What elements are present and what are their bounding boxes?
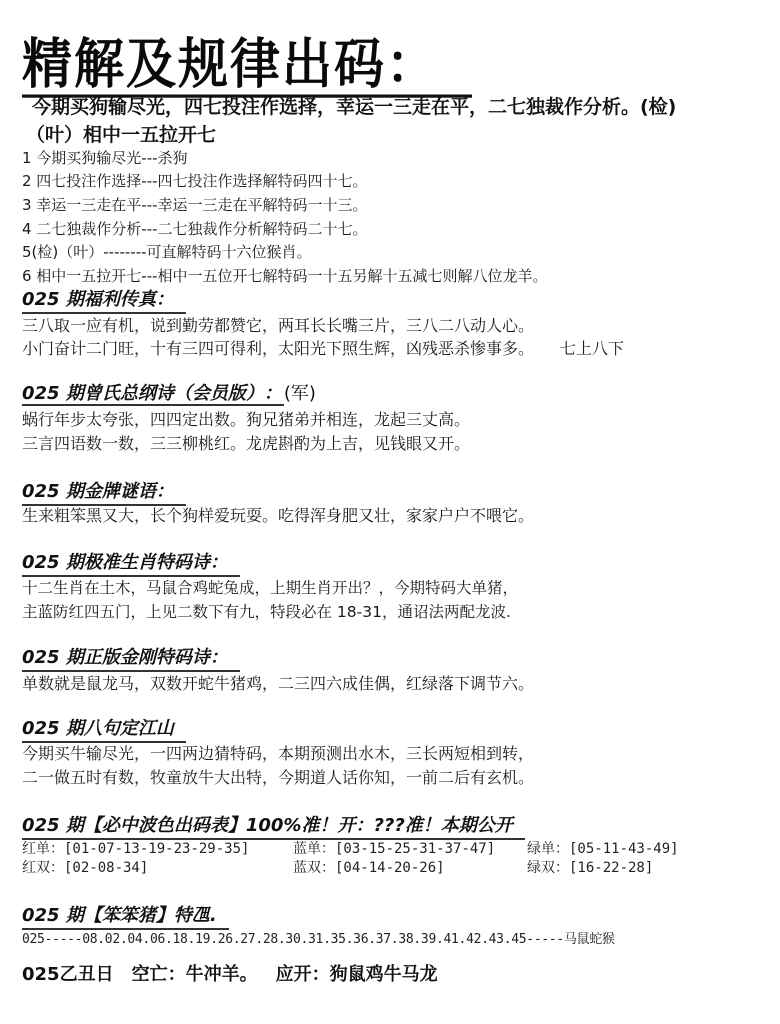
wave-value: [04-14-20-26] (335, 860, 445, 876)
fuli-line: 小门奋计二门旺，十有三四可得利，太阳光下照生辉，凶残恶杀惨事多。七上八下 (22, 338, 624, 360)
intro-line-2: （叶）相中一五拉开七 (26, 121, 676, 149)
explanation-item: 2 四七投注作选择---四七投注作选择解特码四十七。 (22, 171, 368, 191)
section-title-benzhu: 025 期【笨笨猪】特乪. (22, 904, 229, 930)
fuli-tail: 七上八下 (560, 339, 624, 358)
explanation-item: 6 相中一五拉开七---相中一五位开七解特码一十五另解十五减七则解八位龙羊。 (22, 266, 548, 286)
benzhu-number-line: 025-----08.02.04.06.18.19.26.27.28.30.31… (22, 930, 615, 950)
wave-color-cell-green-double: 绿双：[16-22-28] (527, 859, 653, 878)
explanation-item: 1 今期买狗输尽光---杀狗 (22, 148, 188, 168)
wave-color-cell-red-single: 红单：[01-07-13-19-23-29-35] (22, 840, 249, 859)
fuli-line: 三八取一应有机，说到勤劳都赞它，两耳长长嘴三片，三八二八动人心。 (22, 315, 534, 337)
wave-value: [03-15-25-31-37-47] (335, 841, 495, 857)
bajv-line: 二一做五时有数，牧童放牛大出特，今期道人话你知，一前二后有玄机。 (22, 767, 534, 789)
explanation-item: 3 幸运一三走在平---幸运一三走在平解特码一十三。 (22, 195, 368, 215)
wave-color-cell-blue-double: 蓝双：[04-14-20-26] (293, 859, 445, 878)
wave-value: [16-22-28] (569, 860, 653, 876)
jizhun-line: 十二生肖在土木，马鼠合鸡蛇兔成，上期生肖开出？，今期特码大单猪， (22, 577, 518, 599)
section-title-jizhun: 025 期极准生肖特码诗： (22, 551, 240, 577)
wave-label: 绿单： (527, 841, 569, 857)
intro-line-1: 今期买狗输尽光，四七投注作选择，幸运一三走在平，二七独裁作分析。(检) (32, 93, 676, 121)
section-title-jinpai: 025 期金牌谜语： (22, 480, 186, 506)
zengshi-suffix: (军) (284, 383, 316, 404)
wave-color-cell-blue-single: 蓝单：[03-15-25-31-37-47] (293, 840, 495, 859)
explanation-item: 4 二七独裁作分析---二七独裁作分析解特码二十七。 (22, 219, 368, 239)
wave-value: [02-08-34] (64, 860, 148, 876)
wave-value: [05-11-43-49] (569, 841, 679, 857)
section-title-bajv: 025 期八句定江山 (22, 717, 186, 743)
zengshi-title-text: 025 期曾氏总纲诗（会员版）： (22, 383, 284, 406)
wave-label: 红单： (22, 841, 64, 857)
page-title: 精解及规律出码： (22, 34, 472, 98)
zengshi-line: 三言四语数一数，三三柳桃红。龙虎斟酌为上吉，见钱眼又开。 (22, 433, 470, 455)
fuli-line-text: 小门奋计二门旺，十有三四可得利，太阳光下照生辉，凶残恶杀惨事多。 (22, 339, 534, 358)
explanation-item: 5(检)（叶）--------可直解特码十六位猴肖。 (22, 242, 312, 262)
footer-day: 025乙丑日 (22, 964, 114, 985)
bajv-line: 今期买牛输尽光，一四两边猜特码，本期预测出水木，三长两短相到转， (22, 743, 534, 765)
jingang-line: 单数就是鼠龙马，双数开蛇牛猪鸡，二三四六成佳偶，红绿落下调节六。 (22, 673, 534, 695)
footer-kongwang: 空亡：牛冲羊。 (132, 964, 258, 985)
wave-color-cell-green-single: 绿单：[05-11-43-49] (527, 840, 679, 859)
wave-color-cell-red-double: 红双：[02-08-34] (22, 859, 148, 878)
section-title-jingang: 025 期正版金刚特码诗： (22, 646, 240, 672)
wave-label: 绿双： (527, 860, 569, 876)
wave-label: 红双： (22, 860, 64, 876)
wave-label: 蓝单： (293, 841, 335, 857)
section-title-fuli: 025 期福利传真： (22, 288, 186, 314)
wave-value: [01-07-13-19-23-29-35] (64, 841, 249, 857)
zengshi-line: 蜗行年步太夸张，四四定出数。狗兄猪弟并相连，龙起三丈高。 (22, 409, 470, 431)
footer-summary: 025乙丑日空亡：牛冲羊。应开：狗鼠鸡牛马龙 (22, 963, 438, 987)
section-title-bose: 025 期【必中波色出码表】100%准！开：???准！本期公开 (22, 814, 525, 840)
wave-label: 蓝双： (293, 860, 335, 876)
footer-yingkai: 应开：狗鼠鸡牛马龙 (276, 964, 438, 985)
jizhun-line: 主蓝防红四五门，上见二数下有九，特段必在 18-31，通诏法两配龙波. (22, 601, 511, 623)
jinpai-line: 生来粗笨黑又大，长个狗样爱玩耍。吃得浑身肥又壮，家家户户不喂它。 (22, 505, 534, 527)
intro-riddle: 今期买狗输尽光，四七投注作选择，幸运一三走在平，二七独裁作分析。(检) （叶）相… (32, 93, 676, 149)
section-title-zengshi: 025 期曾氏总纲诗（会员版）：(军) (22, 382, 316, 406)
